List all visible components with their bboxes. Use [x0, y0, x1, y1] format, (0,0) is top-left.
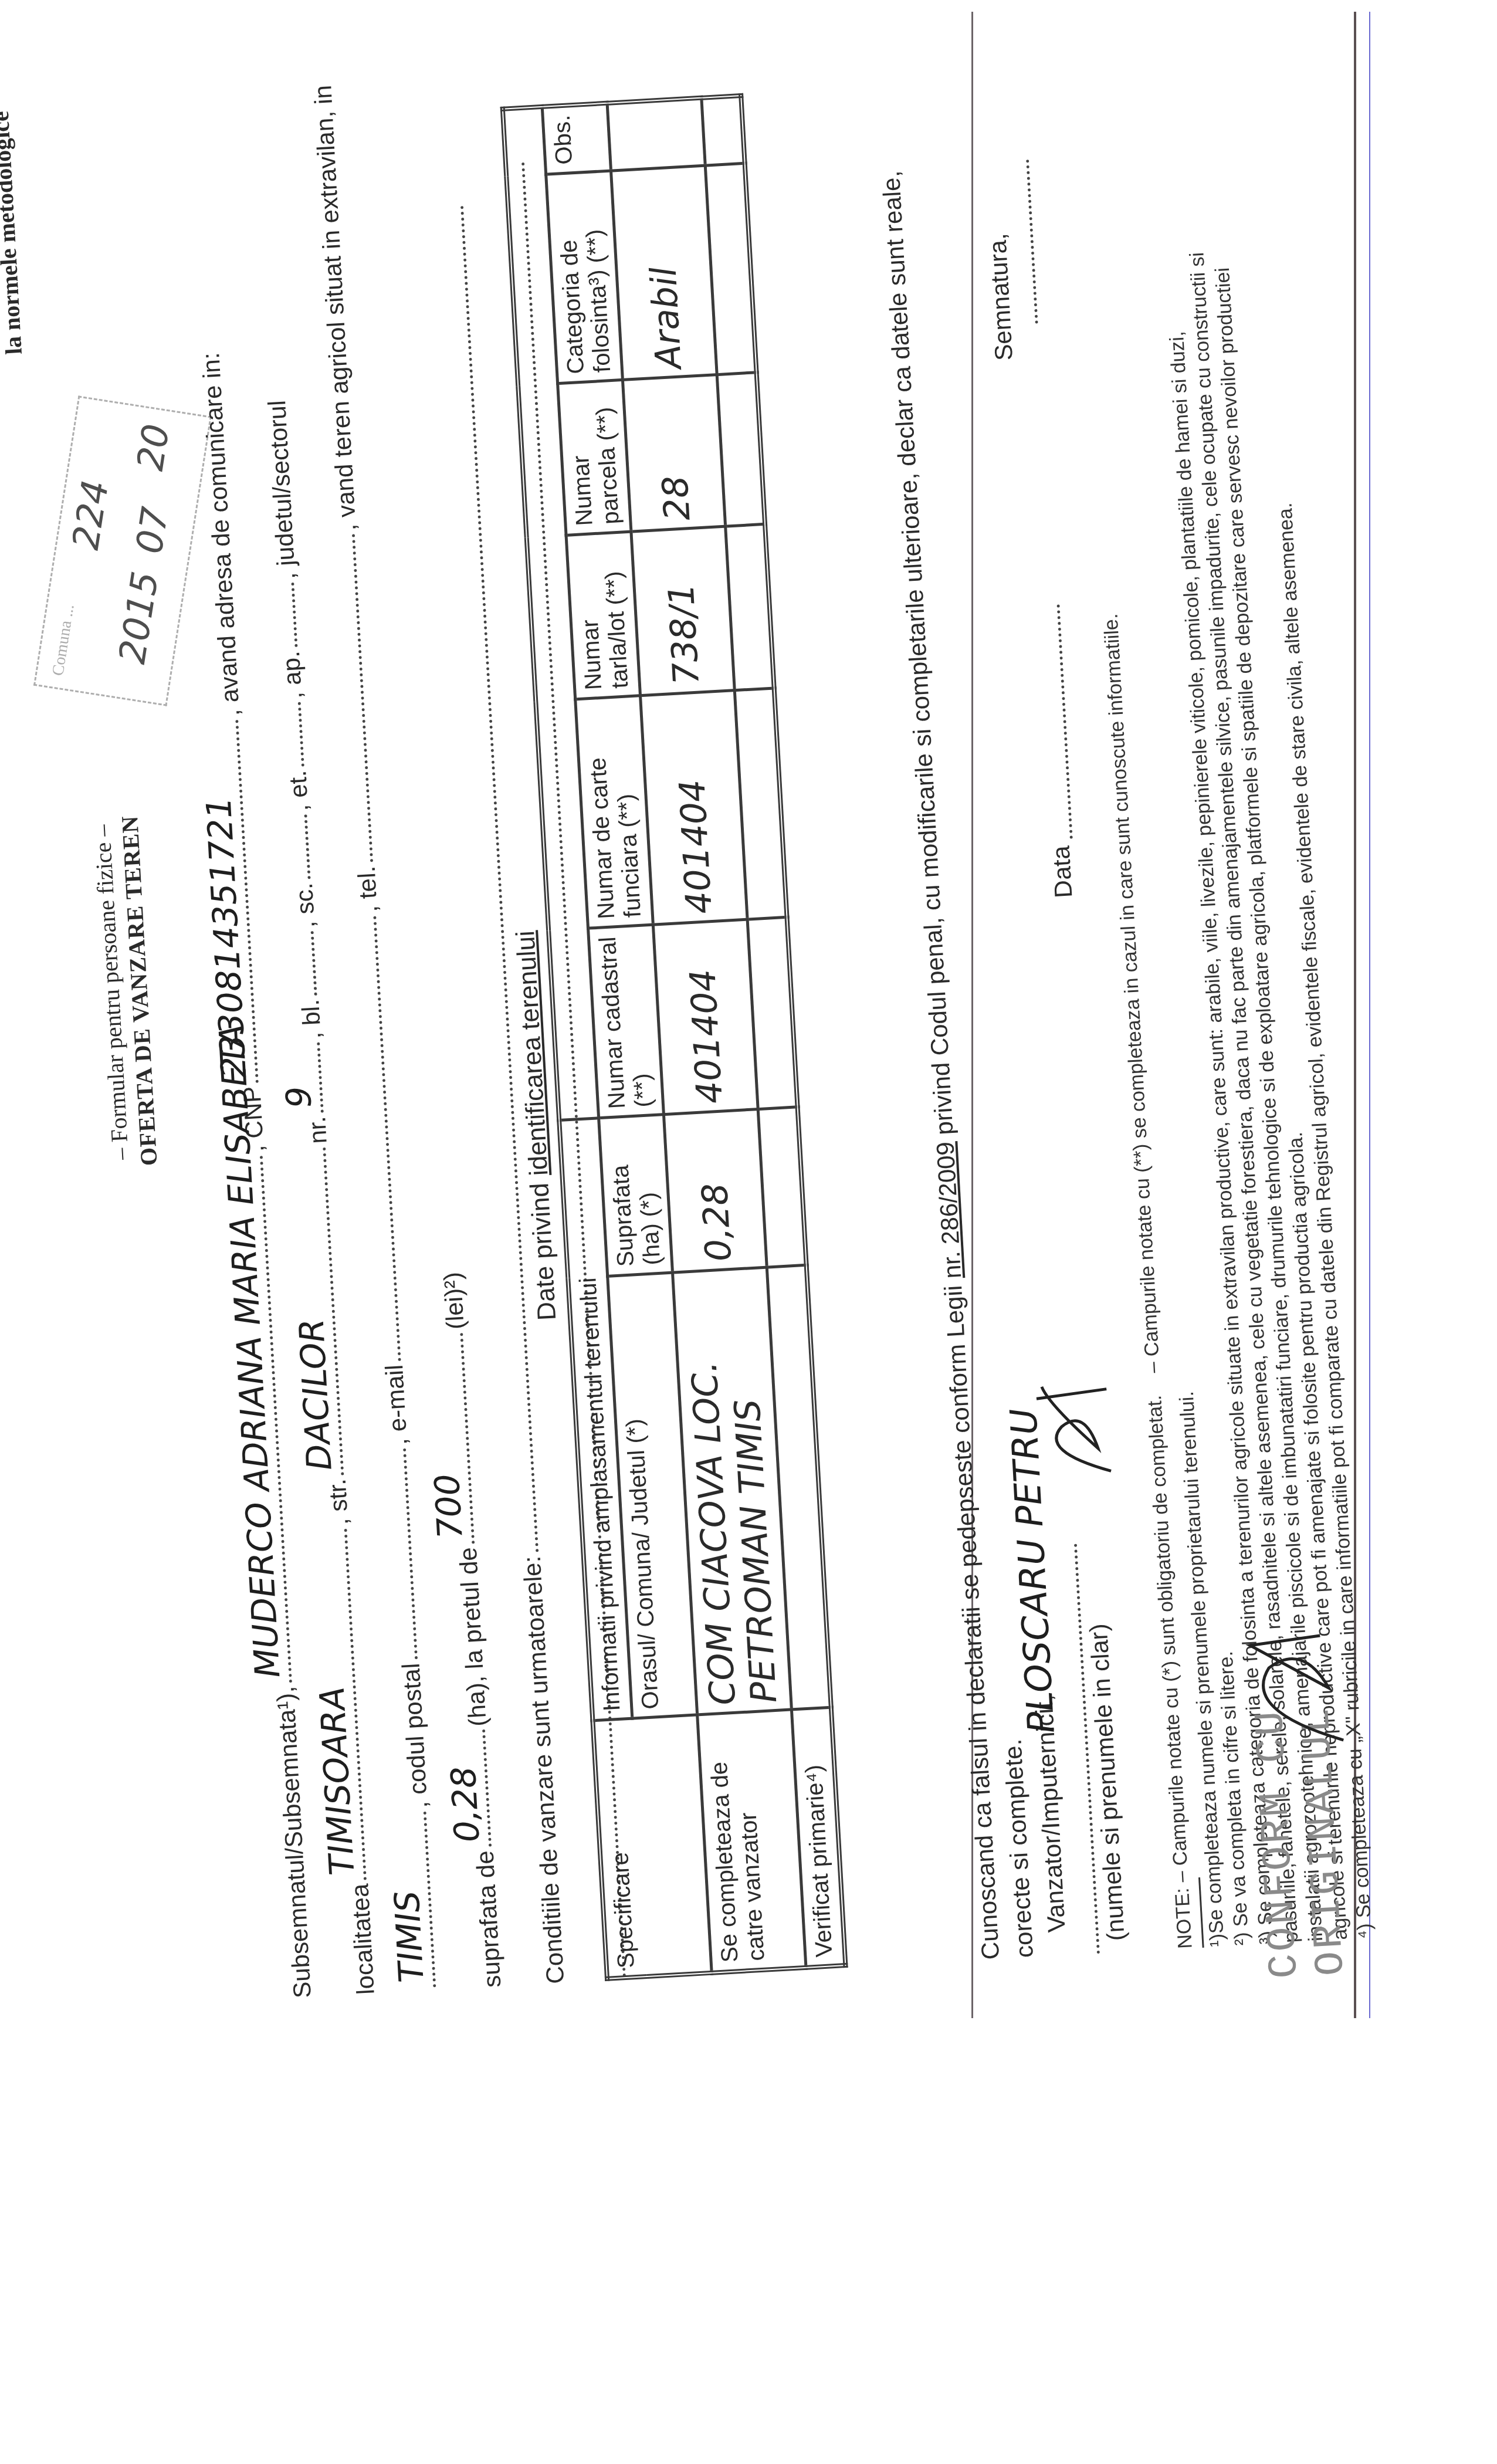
signature-scribble-icon [1023, 1365, 1123, 1488]
cnp-value: 2330814351721 [199, 796, 255, 1079]
sc-label: , sc. [290, 882, 320, 929]
scanned-form-page: ANEXA Nr. 1B la normele metodologice Com… [0, 18, 1349, 2023]
bl-label: , bl. [296, 999, 327, 1040]
annex-header: ANEXA Nr. 1B la normele metodologice [0, 110, 28, 357]
stamp-label: Comuna ... [49, 603, 78, 677]
sc-field[interactable] [304, 814, 310, 879]
conform-stamp: CONFORM CU ORIGINALUL [1245, 1645, 1380, 1979]
annex-subtitle: la normele metodologice [0, 110, 28, 355]
suprafata-value: 0,28 [443, 1765, 487, 1843]
et-field[interactable] [298, 702, 304, 767]
cell-cadastral[interactable]: 401404 [653, 920, 758, 1115]
col-tarla-lot: Numar tarla/lot (**) [566, 532, 640, 699]
row-label: Se completeaza de catre vanzator [697, 1710, 806, 1972]
col-obs: Obs. [542, 103, 611, 174]
cell-obs[interactable] [702, 96, 745, 165]
cell-parcela[interactable] [717, 373, 765, 527]
cell-tarla-lot[interactable]: 738/1 [631, 526, 734, 696]
lei-label: (lei)²) [438, 1271, 469, 1330]
nr-label: nr. [303, 1116, 333, 1145]
cell-obs[interactable] [607, 98, 705, 171]
tel-label: , tel. [353, 865, 383, 913]
cell-carte-funciara[interactable]: 401404 [641, 691, 748, 925]
notes-heading: NOTE: [1171, 1887, 1197, 1949]
initials-scribble-icon [1231, 1622, 1367, 1758]
spec-header: Specificare [592, 1715, 712, 1978]
judetul-value: TIMIS [387, 1890, 432, 1984]
str-value: DACILOR [292, 1318, 340, 1471]
col-parcela: Numar parcela (**) [558, 380, 631, 536]
data-label: Data [1046, 845, 1078, 898]
nr-value: 9 [278, 1085, 319, 1109]
cell-suprafata[interactable] [758, 1107, 806, 1267]
ap-field[interactable] [291, 583, 297, 647]
cell-categoria[interactable]: Arabil [611, 165, 717, 380]
str-label: , str. [323, 1478, 354, 1526]
price-value: 700 [427, 1473, 470, 1540]
bl-field[interactable] [311, 931, 317, 996]
col-categoria: Categoria de folosinta³) (**) [546, 171, 623, 384]
semnatura-field[interactable] [1026, 160, 1038, 324]
et-label: , et. [283, 770, 314, 813]
form-title-block: – Formular pentru persoane fizice – OFER… [83, 726, 168, 1257]
cell-suprafata[interactable]: 0,28 [663, 1109, 767, 1272]
declaration-law: nr. 286/2009 [931, 1141, 966, 1280]
semnatura-label: Semnatura, [983, 233, 1018, 361]
scan-edge-line-blue [1369, 12, 1370, 2018]
email-label: , e-mail [380, 1364, 413, 1446]
col-carte-funciara: Numar de carte funciara (**) [575, 696, 653, 929]
ap-label: , ap. [277, 650, 307, 699]
suprafata-field[interactable]: 0,28 [482, 1729, 492, 1847]
cell-tarla-lot[interactable] [726, 524, 774, 691]
nr-field[interactable]: 9 [317, 1042, 324, 1112]
registration-number: 224 [64, 478, 117, 553]
col-cadastral: Numar cadastral (**) [588, 925, 664, 1119]
data-field[interactable] [1056, 604, 1072, 839]
col-suprafata: Suprafata (ha) (*) [599, 1115, 673, 1276]
localitatea-value: TIMISOARA [312, 1685, 363, 1876]
judetul-field[interactable]: TIMIS [424, 1812, 436, 1988]
registration-year: 2015 [110, 568, 167, 666]
name-hint: (numele si prenumele in clar) [1085, 1623, 1130, 1941]
registration-month: 07 [127, 504, 177, 556]
cell-parcela[interactable]: 28 [622, 375, 725, 532]
